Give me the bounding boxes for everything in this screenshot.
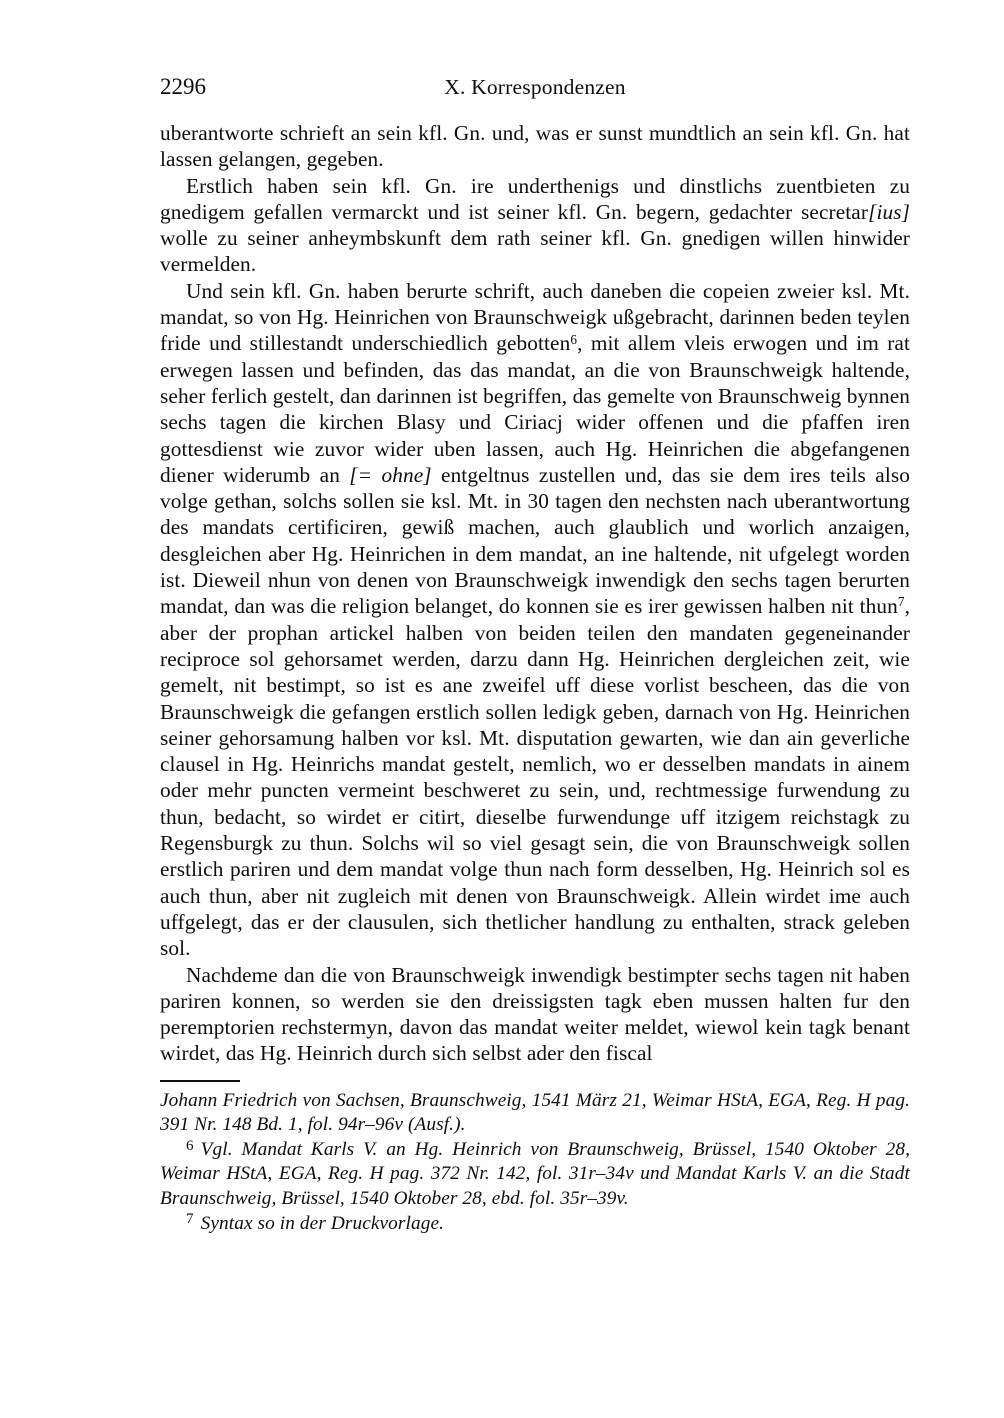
paragraph: Nachdeme dan die von Braunschweigk inwen… xyxy=(160,962,910,1067)
text-run: Erstlich haben sein kfl. Gn. ire underth… xyxy=(160,174,910,224)
footnote: 6Vgl. Mandat Karls V. an Hg. Heinrich vo… xyxy=(160,1138,910,1212)
footnotes-section: Johann Friedrich von Sachsen, Braunschwe… xyxy=(160,1080,910,1237)
body-text: uberantworte schrieft an sein kfl. Gn. u… xyxy=(160,120,910,1067)
text-run: wolle zu seiner anheymbskunft dem rath s… xyxy=(160,226,910,276)
footnote-reference: 6 xyxy=(570,332,577,347)
running-title: X. Korrespondenzen xyxy=(160,75,910,100)
footnote-number: 7 xyxy=(186,1211,194,1227)
footnote: 7Syntax so in der Druckvorlage. xyxy=(160,1212,910,1237)
text-run: , aber der prophan artickel halben von b… xyxy=(160,594,910,960)
footnote-list: Johann Friedrich von Sachsen, Braunschwe… xyxy=(160,1089,910,1237)
footnote-text: Syntax so in der Druckvorlage. xyxy=(201,1213,444,1234)
paragraph: uberantworte schrieft an sein kfl. Gn. u… xyxy=(160,120,910,173)
paragraph: Erstlich haben sein kfl. Gn. ire underth… xyxy=(160,173,910,278)
footnote: Johann Friedrich von Sachsen, Braunschwe… xyxy=(160,1089,910,1138)
footnote-reference: 7 xyxy=(898,594,905,609)
footnote-number: 6 xyxy=(186,1138,194,1154)
paragraph: Und sein kfl. Gn. haben berurte schrift,… xyxy=(160,278,910,962)
footnote-text: Vgl. Mandat Karls V. an Hg. Heinrich von… xyxy=(160,1139,910,1209)
text-run: Nachdeme dan die von Braunschweigk inwen… xyxy=(160,963,910,1066)
running-header: 2296 X. Korrespondenzen xyxy=(160,74,910,104)
book-page: 2296 X. Korrespondenzen uberantworte sch… xyxy=(0,0,1004,1418)
footnote-separator-rule xyxy=(160,1080,240,1082)
footnote-text: Johann Friedrich von Sachsen, Braunschwe… xyxy=(160,1090,910,1136)
text-run: uberantworte schrieft an sein kfl. Gn. u… xyxy=(160,121,910,171)
editorial-insertion: [= ohne] xyxy=(349,463,431,487)
editorial-insertion: [ius] xyxy=(868,200,910,224)
